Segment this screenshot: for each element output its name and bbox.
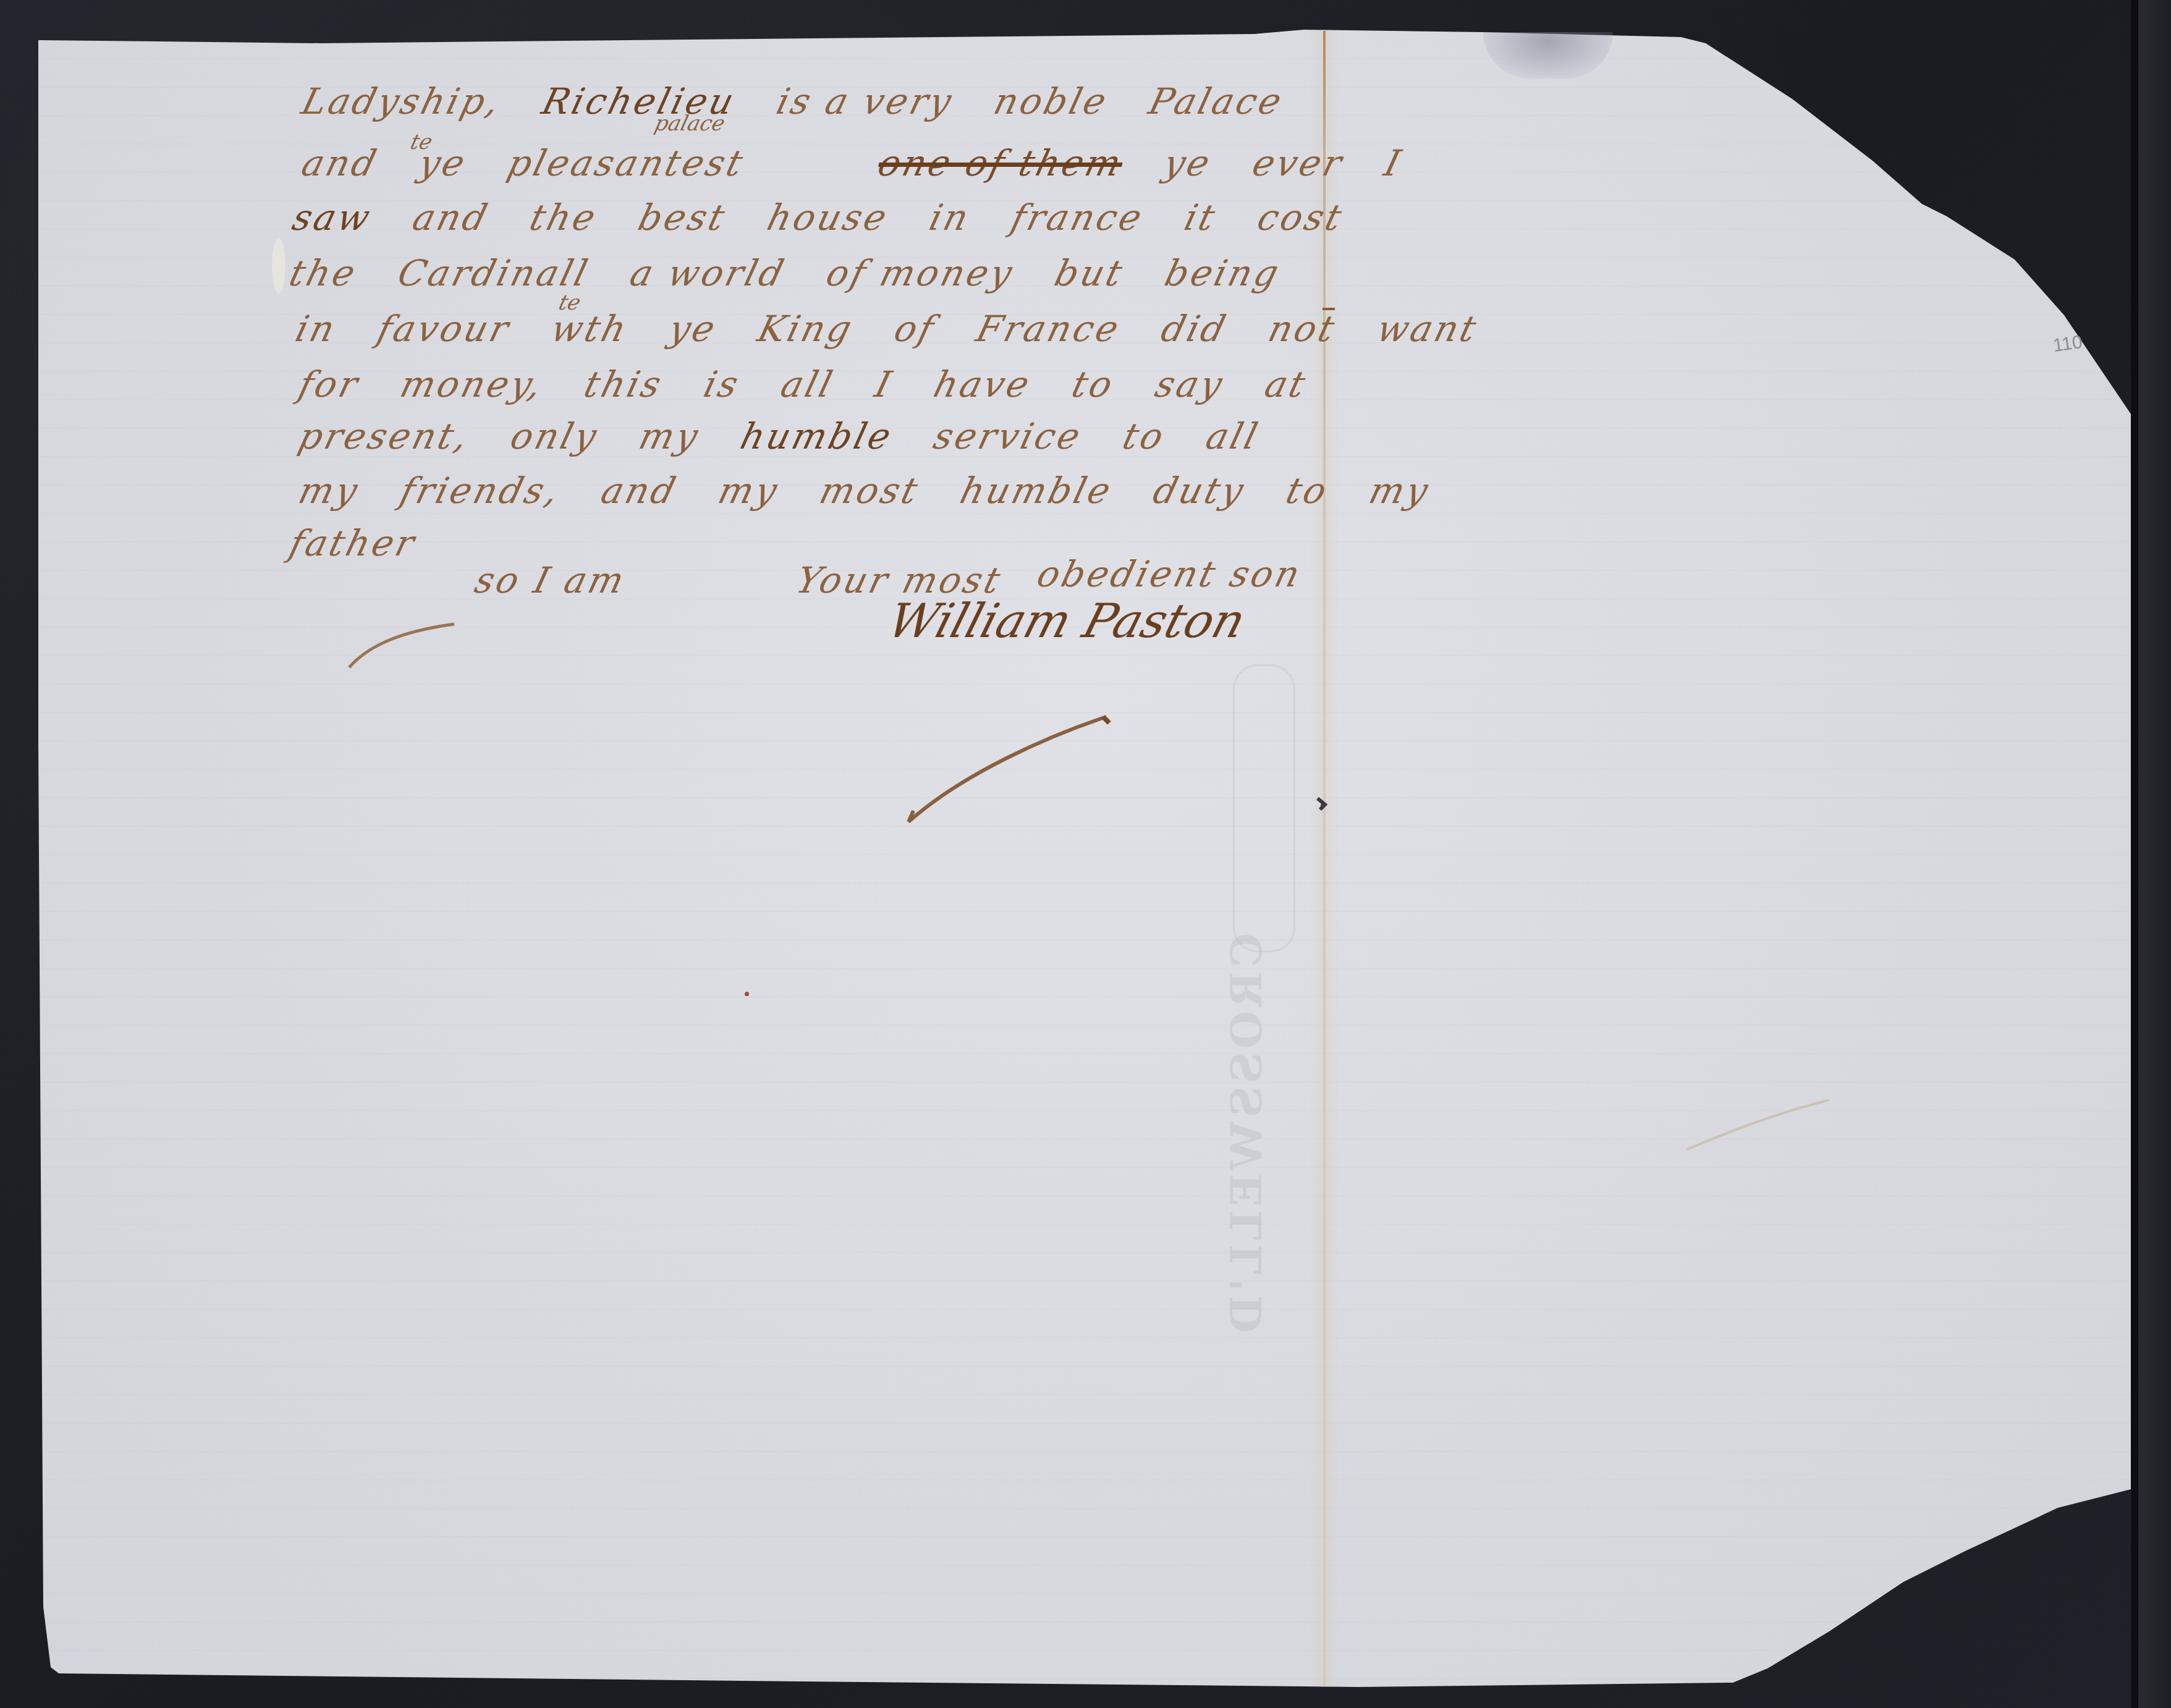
letter-line-2: and ye pleasantest one of them ye ever I: [298, 142, 1436, 184]
word: and: [597, 470, 682, 512]
word: service: [929, 415, 1087, 457]
word: it: [1180, 197, 1222, 239]
word: Ladyship,: [298, 80, 506, 122]
word: favour: [373, 308, 515, 350]
letter-line-3: saw and the best house in france it cost: [289, 197, 1377, 239]
ink-speck: [1321, 803, 1325, 808]
word: ye: [1159, 142, 1216, 184]
word: and: [408, 197, 494, 239]
faint-stamp-text: CROSSWELL'D: [1221, 933, 1270, 1217]
word: my: [635, 415, 705, 457]
word: friends,: [396, 470, 565, 512]
letter-line-1: Ladyship, Richelieu is a very noble Pala…: [298, 80, 1317, 122]
word: is a very: [772, 80, 958, 122]
word: of money: [822, 252, 1018, 294]
center-fold-line: [1323, 31, 1326, 1687]
mount-board-edge: [2131, 0, 2138, 1708]
folio-number: 110: [2052, 332, 2084, 357]
letter-line-7: present, only my humble service to all: [295, 415, 1293, 457]
letter-line-6: for money, this is all I have to say at: [295, 363, 1340, 405]
word: have: [929, 363, 1036, 405]
word: I: [1380, 142, 1407, 184]
word: but: [1051, 252, 1129, 294]
word: and: [298, 142, 383, 184]
word: to: [1068, 363, 1119, 405]
letter-line-5: in favour wth ye King of France did not …: [292, 308, 1512, 350]
word: Cardinall: [394, 252, 594, 294]
signature: William Paston: [882, 593, 1251, 648]
word: King: [753, 308, 858, 350]
struck-through-text: one of them: [874, 142, 1128, 184]
word: being: [1161, 252, 1285, 294]
word: my: [295, 470, 365, 512]
word: noble: [990, 80, 1113, 122]
word: I: [871, 363, 898, 405]
word: this: [580, 363, 668, 405]
word: the: [286, 252, 362, 294]
word: my: [1365, 470, 1435, 512]
word: is: [700, 363, 745, 405]
word: ye: [415, 142, 472, 184]
word: cost: [1253, 197, 1348, 239]
word: to: [1119, 415, 1170, 457]
word: most: [816, 470, 925, 512]
word: did: [1157, 308, 1232, 350]
word: want: [1373, 308, 1483, 350]
word: duty: [1149, 470, 1250, 512]
closing-so-i-am: so I am: [471, 559, 631, 601]
word: best: [634, 197, 731, 239]
word: france: [1007, 197, 1148, 239]
word: house: [763, 197, 894, 239]
word: my: [714, 470, 784, 512]
word: all: [777, 363, 839, 405]
word: pleasantest: [504, 142, 750, 184]
word: the: [525, 197, 602, 239]
word: humble: [956, 470, 1117, 512]
faint-stamp-impression: [1233, 664, 1295, 952]
mount-board-strip: [2138, 0, 2171, 1708]
letter-line-4: the Cardinall a world of money but being: [286, 252, 1314, 294]
word: in: [925, 197, 975, 239]
word: at: [1261, 363, 1312, 405]
word: of: [890, 308, 940, 350]
word: all: [1202, 415, 1264, 457]
word: say: [1151, 363, 1229, 405]
word: father: [286, 522, 421, 564]
closing-obedient-son: obedient son: [1033, 553, 1306, 595]
letter-line-9: father: [286, 522, 450, 564]
word: France: [972, 308, 1125, 350]
word: humble: [737, 415, 898, 457]
word: for: [295, 363, 365, 405]
word: saw: [289, 197, 377, 239]
word: ye: [665, 308, 722, 350]
word: to: [1282, 470, 1333, 512]
word: money,: [396, 363, 548, 405]
ink-speck: [745, 992, 749, 996]
word: ever: [1248, 142, 1348, 184]
word: wth: [547, 308, 633, 350]
word: present,: [295, 415, 475, 457]
word: a world: [626, 252, 790, 294]
word: not: [1264, 308, 1341, 350]
word: only: [506, 415, 603, 457]
letter-line-8: my friends, and my most humble duty to m…: [295, 470, 1463, 512]
insertion-above-line: palace: [652, 111, 727, 136]
word: Palace: [1145, 80, 1288, 122]
left-margin-mark: [272, 238, 286, 294]
